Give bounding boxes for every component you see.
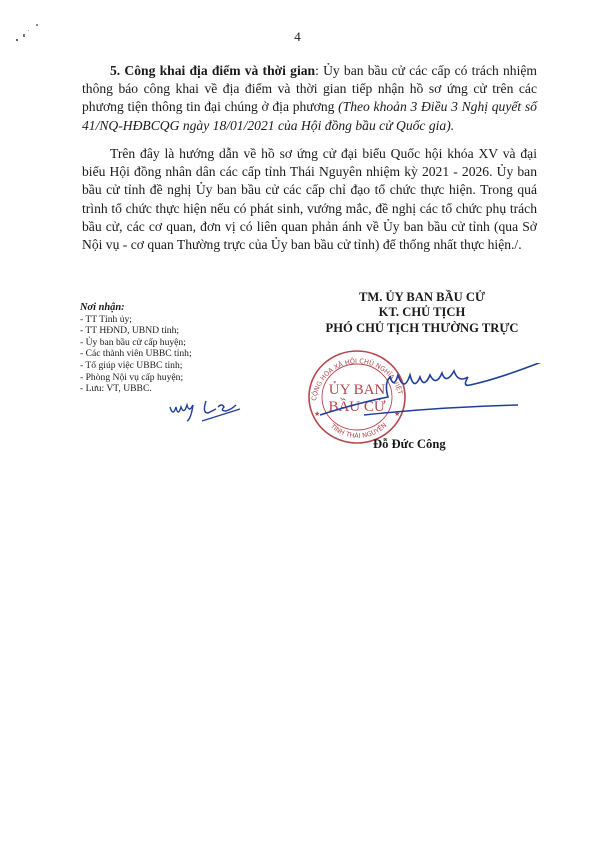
initials-signature-icon: [166, 395, 244, 425]
recipients-heading: Nơi nhận:: [80, 302, 192, 314]
recipient-item: - Tổ giúp việc UBBC tỉnh;: [80, 360, 192, 372]
handwritten-signature-icon: [318, 363, 548, 438]
recipient-item: - TT Tỉnh ủy;: [80, 314, 192, 326]
signature-title-line1: TM. ỦY BAN BẦU CỬ: [298, 290, 546, 305]
recipient-item: - Phòng Nội vụ cấp huyện;: [80, 372, 192, 384]
signature-title-block: TM. ỦY BAN BẦU CỬ KT. CHỦ TỊCH PHÓ CHỦ T…: [298, 290, 546, 336]
signer-name: Đỗ Đức Công: [373, 437, 446, 452]
section-5-paragraph: 5. Công khai địa điểm và thời gian: Ủy b…: [82, 62, 537, 135]
recipients-list: Nơi nhận: - TT Tỉnh ủy; - TT HĐND, UBND …: [80, 302, 192, 395]
page-number: 4: [0, 29, 595, 45]
section-5-heading: 5. Công khai địa điểm và thời gian: [110, 63, 315, 78]
recipient-item: - Ủy ban bầu cử cấp huyện;: [80, 337, 192, 349]
signature-title-line3: PHÓ CHỦ TỊCH THƯỜNG TRỰC: [298, 321, 546, 336]
closing-paragraph: Trên đây là hướng dẫn về hồ sơ ứng cử đạ…: [82, 145, 537, 254]
closing-text: Trên đây là hướng dẫn về hồ sơ ứng cử đạ…: [82, 145, 537, 254]
recipient-item: - Các thành viên UBBC tỉnh;: [80, 348, 192, 360]
recipient-item: - TT HĐND, UBND tỉnh;: [80, 325, 192, 337]
recipient-item: - Lưu: VT, UBBC.: [80, 383, 192, 395]
signature-title-line2: KT. CHỦ TỊCH: [298, 305, 546, 320]
